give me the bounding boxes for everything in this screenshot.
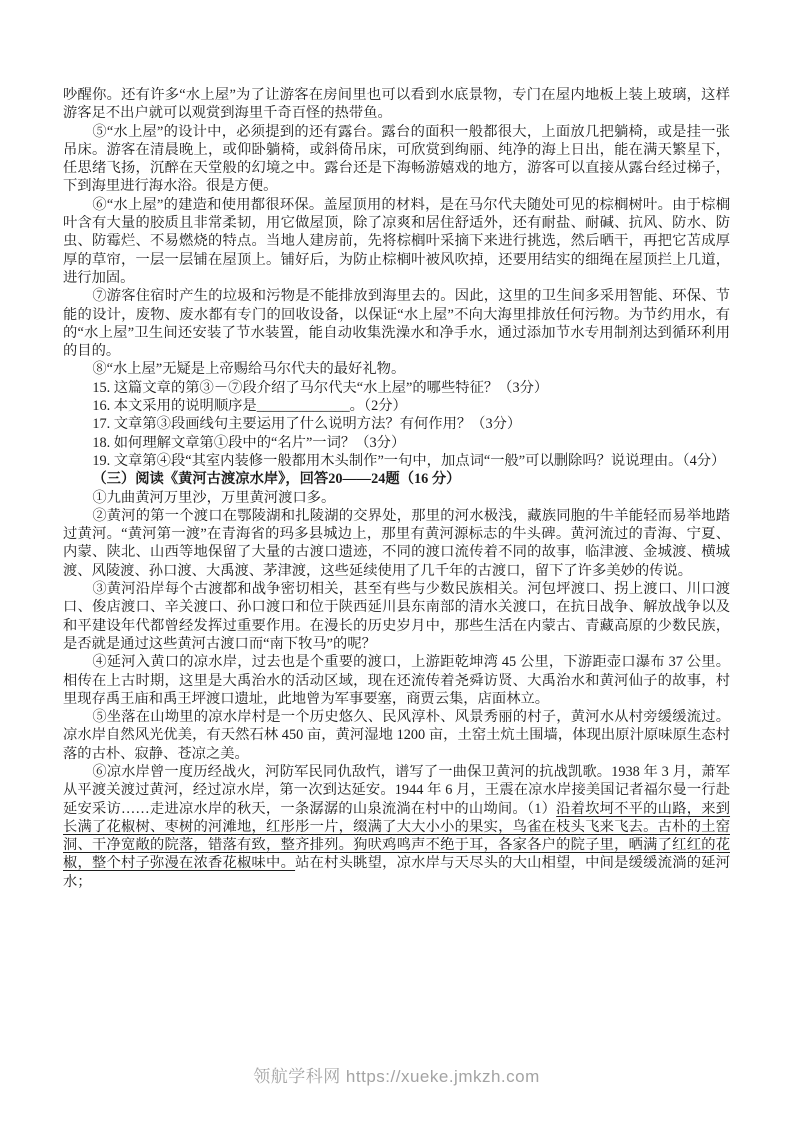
section3-paragraph-4: ④延河入黄口的凉水岸，过去也是个重要的渡口，上游距乾坤湾 45 公里，下游距壶口… xyxy=(63,653,730,708)
article1-paragraph-8: ⑧“水上屋”无疑是上帝赐给马尔代夫的最好礼物。 xyxy=(63,360,730,378)
question-19: 19. 文章第④段“其室内装修一般都用木头制作”一句中，加点词“一般”可以删除吗… xyxy=(63,452,730,470)
section3-paragraph-2: ②黄河的第一个渡口在鄂陵湖和扎陵湖的交界处，那里的河水极浅，藏族同胞的牛羊能轻而… xyxy=(63,507,730,580)
article1-paragraph-5: ⑤“水上屋”的设计中，必须提到的还有露台。露台的面积一般都很大，上面放几把躺椅，… xyxy=(63,123,730,196)
section3-paragraph-5: ⑤坐落在山坳里的凉水岸村是一个历史悠久、民风淳朴、风景秀丽的村子，黄河水从村旁缓… xyxy=(63,708,730,763)
question-17: 17. 文章第③段画线句主要运用了什么说明方法？有何作用？（3分） xyxy=(63,415,730,433)
section3-paragraph-3: ③黄河沿岸每个古渡都和战争密切相关，甚至有些与少数民族相关。河包坪渡口、拐上渡口… xyxy=(63,580,730,653)
question-16: 16. 本文采用的说明顺序是_____________。（2分） xyxy=(63,397,730,415)
question-18: 18. 如何理解文章第①段中的“名片”一词？（3分） xyxy=(63,434,730,452)
document-content: 吵醒你。还有许多“水上屋”为了让游客在房间里也可以看到水底景物，专门在屋内地板上… xyxy=(63,86,730,891)
site-watermark: 领航学科网 https://xueke.jmkzh.com xyxy=(0,1062,793,1087)
article1-paragraph-7: ⑦游客住宿时产生的垃圾和污物是不能排放到海里去的。因此，这里的卫生间多采用智能、… xyxy=(63,287,730,360)
exam-page: 吵醒你。还有许多“水上屋”为了让游客在房间里也可以看到水底景物，专门在屋内地板上… xyxy=(0,0,793,1122)
section3-paragraph-1: ①九曲黄河万里沙，万里黄河渡口多。 xyxy=(63,489,730,507)
section3-heading: （三）阅读《黄河古渡凉水岸》，回答20——24题（16 分） xyxy=(63,470,730,488)
question-15: 15. 这篇文章的第③－⑦段介绍了马尔代夫“水上屋”的哪些特征？（3分） xyxy=(63,379,730,397)
article1-paragraph-4-continuation: 吵醒你。还有许多“水上屋”为了让游客在房间里也可以看到水底景物，专门在屋内地板上… xyxy=(63,86,730,123)
section3-paragraph-6: ⑥凉水岸曾一度历经战火，河防军民同仇敌忾，谱写了一曲保卫黄河的抗战凯歌。1938… xyxy=(63,763,730,891)
article1-paragraph-6: ⑥“水上屋”的建造和使用都很环保。盖屋顶用的材料，是在马尔代夫随处可见的棕榈树叶… xyxy=(63,196,730,287)
